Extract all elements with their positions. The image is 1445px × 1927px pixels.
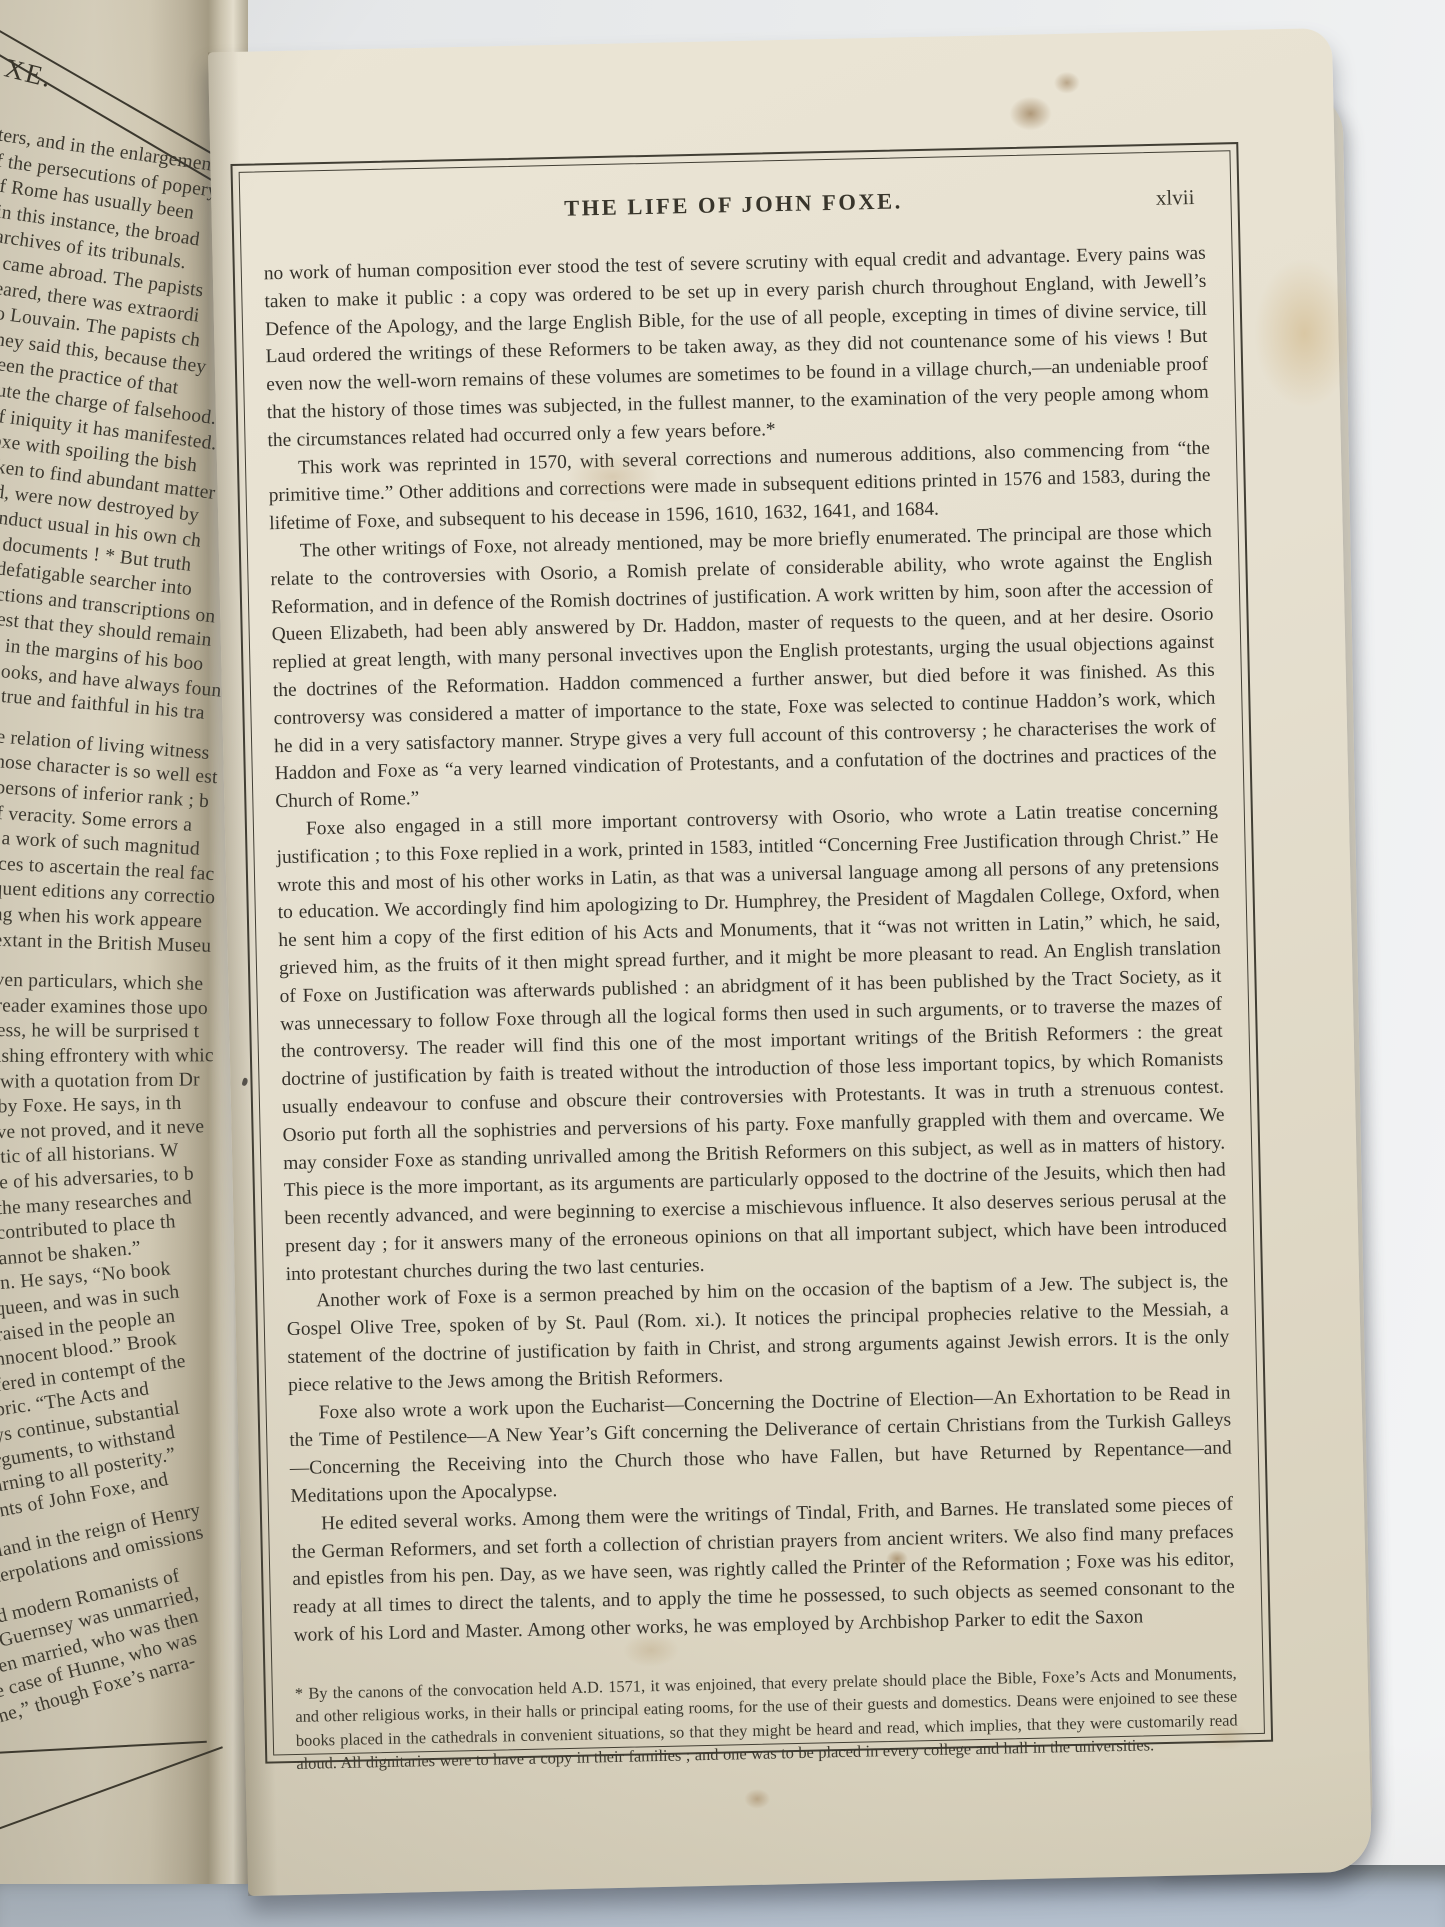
footnote: * By the canons of the convocation held … [295,1661,1239,1775]
stain [744,1789,770,1810]
left-page-fragment: the reader examines those upo [0,995,208,1020]
paragraph: Foxe also wrote a work upon the Eucharis… [288,1379,1232,1511]
ink-speck [241,1077,248,1086]
left-page-fragment: sed by Foxe. He says, in th [0,1093,182,1119]
page-content: THE LIFE OF JOHN FOXE. xlvii no work of … [240,151,1264,1754]
stain [1054,71,1080,94]
left-page-fragment: till extant in the British Museu [0,929,211,958]
left-page: XE. egisters, and in the enlargement ofr… [0,0,248,1884]
left-page-bottom-rule [0,1741,207,1754]
left-page-bottom-rule [0,1746,223,1832]
paragraph: The other writings of Foxe, not already … [270,518,1218,816]
page-border-frame-inner: THE LIFE OF JOHN FOXE. xlvii no work of … [239,150,1265,1755]
left-page-fragment: nblushing effrontery with whic [0,1045,214,1068]
page-number: xlvii [1156,185,1195,211]
paragraph: Foxe also engaged in a still more import… [276,796,1228,1289]
left-page-fragment: t stress, he will be surprised t [0,1020,199,1043]
page-title: THE LIFE OF JOHN FOXE. [564,188,903,221]
page-header: THE LIFE OF JOHN FOXE. xlvii [262,182,1204,233]
paragraph: no work of human composition ever stood … [264,240,1210,455]
body-text: no work of human composition ever stood … [264,240,1236,1650]
paragraph: He edited several works. Among them were… [291,1490,1236,1650]
page-border-frame: THE LIFE OF JOHN FOXE. xlvii no work of … [230,142,1273,1764]
left-page-fragment: s given particulars, which she [0,969,203,996]
stain [1009,96,1052,131]
paragraph: Another work of Foxe is a sermon preache… [286,1268,1230,1400]
main-page: THE LIFE OF JOHN FOXE. xlvii no work of … [208,28,1372,1896]
left-page-fragment: ject with a quotation from Dr [0,1069,200,1094]
